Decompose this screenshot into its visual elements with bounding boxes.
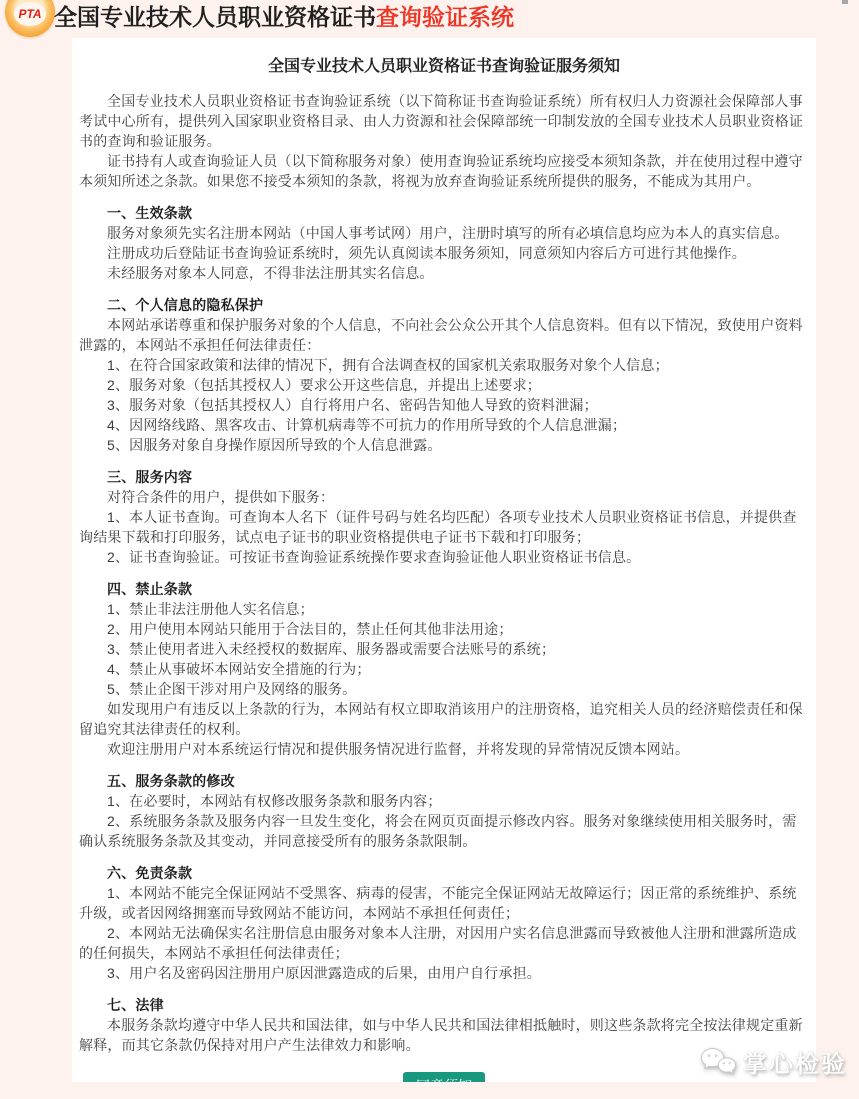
pta-logo-inner: PTA bbox=[14, 2, 46, 26]
agree-button[interactable]: 同意须知 bbox=[403, 1072, 485, 1082]
notice-paragraph: 证书持有人或查询验证人员（以下简称服务对象）使用查询验证系统均应接受本须知条款，… bbox=[79, 151, 809, 191]
notice-paragraph: 1、本网站不能完全保证网站不受黑客、病毒的侵害，不能完全保证网站无故障运行；因正… bbox=[79, 883, 809, 923]
pta-logo-icon[interactable]: PTA bbox=[5, 0, 55, 37]
button-row: 同意须知 bbox=[79, 1072, 809, 1082]
site-header: PTA 全国专业技术人员职业资格证书查询验证系统 bbox=[0, 0, 859, 38]
notice-paragraph: 1、本人证书查询。可查询本人名下（证件号码与姓名均匹配）各项专业技术人员职业资格… bbox=[79, 507, 809, 547]
notice-paragraph: 欢迎注册用户对本系统运行情况和提供服务情况进行监督，并将发现的异常情况反馈本网站… bbox=[79, 739, 809, 759]
scrollbar-thumb[interactable] bbox=[842, 0, 848, 4]
notice-title: 全国专业技术人员职业资格证书查询验证服务须知 bbox=[79, 56, 809, 78]
section-heading: 六、免责条款 bbox=[79, 863, 809, 883]
notice-paragraph: 2、服务对象（包括其授权人）要求公开这些信息，并提出上述要求； bbox=[79, 375, 809, 395]
notice-paragraph: 全国专业技术人员职业资格证书查询验证系统（以下简称证书查询验证系统）所有权归人力… bbox=[79, 91, 809, 151]
section-heading: 四、禁止条款 bbox=[79, 579, 809, 599]
notice-paragraph: 未经服务对象本人同意，不得非法注册其实名信息。 bbox=[79, 263, 809, 283]
pta-logo-text: PTA bbox=[18, 7, 41, 21]
notice-paragraph: 2、用户使用本网站只能用于合法目的，禁止任何其他非法用途； bbox=[79, 619, 809, 639]
notice-paragraph: 1、在符合国家政策和法律的情况下，拥有合法调查权的国家机关索取服务对象个人信息； bbox=[79, 355, 809, 375]
notice-paragraph: 4、因网络线路、黑客攻击、计算机病毒等不可抗力的作用所导致的个人信息泄漏； bbox=[79, 415, 809, 435]
section-heading: 七、法律 bbox=[79, 995, 809, 1015]
notice-card: 全国专业技术人员职业资格证书查询验证服务须知 全国专业技术人员职业资格证书查询验… bbox=[72, 38, 816, 1082]
notice-sections: 一、生效条款服务对象须先实名注册本网站（中国人事考试网）用户，注册时填写的所有必… bbox=[79, 203, 809, 1055]
notice-paragraph: 5、因服务对象自身操作原因所导致的个人信息泄露。 bbox=[79, 435, 809, 455]
notice-paragraph: 对符合条件的用户，提供如下服务： bbox=[79, 487, 809, 507]
section-heading: 五、服务条款的修改 bbox=[79, 771, 809, 791]
notice-paragraph: 3、用户名及密码因注册用户原因泄露造成的后果，由用户自行承担。 bbox=[79, 963, 809, 983]
notice-paragraph: 注册成功后登陆证书查询验证系统时，须先认真阅读本服务须知，同意须知内容后方可进行… bbox=[79, 243, 809, 263]
notice-paragraph: 本网站承诺尊重和保护服务对象的个人信息，不向社会公众公开其个人信息资料。但有以下… bbox=[79, 315, 809, 355]
section-heading: 三、服务内容 bbox=[79, 467, 809, 487]
notice-paragraph: 服务对象须先实名注册本网站（中国人事考试网）用户，注册时填写的所有必填信息均应为… bbox=[79, 223, 809, 243]
notice-intro: 全国专业技术人员职业资格证书查询验证系统（以下简称证书查询验证系统）所有权归人力… bbox=[79, 91, 809, 191]
section-heading: 一、生效条款 bbox=[79, 203, 809, 223]
notice-paragraph: 1、禁止非法注册他人实名信息； bbox=[79, 599, 809, 619]
site-title-accent: 查询验证系统 bbox=[376, 4, 514, 30]
notice-paragraph: 本服务条款均遵守中华人民共和国法律，如与中华人民共和国法律相抵触时，则这些条款将… bbox=[79, 1015, 809, 1055]
notice-paragraph: 如发现用户有违反以上条款的行为，本网站有权立即取消该用户的注册资格，追究相关人员… bbox=[79, 699, 809, 739]
notice-paragraph: 3、禁止使用者进入未经授权的数据库、服务器或需要合法账号的系统； bbox=[79, 639, 809, 659]
notice-paragraph: 2、系统服务条款及服务内容一旦发生变化，将会在网页页面提示修改内容。服务对象继续… bbox=[79, 811, 809, 851]
site-title: 全国专业技术人员职业资格证书查询验证系统 bbox=[54, 3, 514, 31]
notice-paragraph: 4、禁止从事破坏本网站安全措施的行为； bbox=[79, 659, 809, 679]
notice-paragraph: 5、禁止企图干涉对用户及网络的服务。 bbox=[79, 679, 809, 699]
notice-paragraph: 3、服务对象（包括其授权人）自行将用户名、密码告知他人导致的资料泄漏； bbox=[79, 395, 809, 415]
section-heading: 二、个人信息的隐私保护 bbox=[79, 295, 809, 315]
notice-paragraph: 2、证书查询验证。可按证书查询验证系统操作要求查询验证他人职业资格证书信息。 bbox=[79, 547, 809, 567]
notice-paragraph: 2、本网站无法确保实名注册信息由服务对象本人注册，对因用户实名信息泄露而导致被他… bbox=[79, 923, 809, 963]
site-title-main: 全国专业技术人员职业资格证书 bbox=[54, 4, 376, 30]
notice-paragraph: 1、在必要时，本网站有权修改服务条款和服务内容； bbox=[79, 791, 809, 811]
